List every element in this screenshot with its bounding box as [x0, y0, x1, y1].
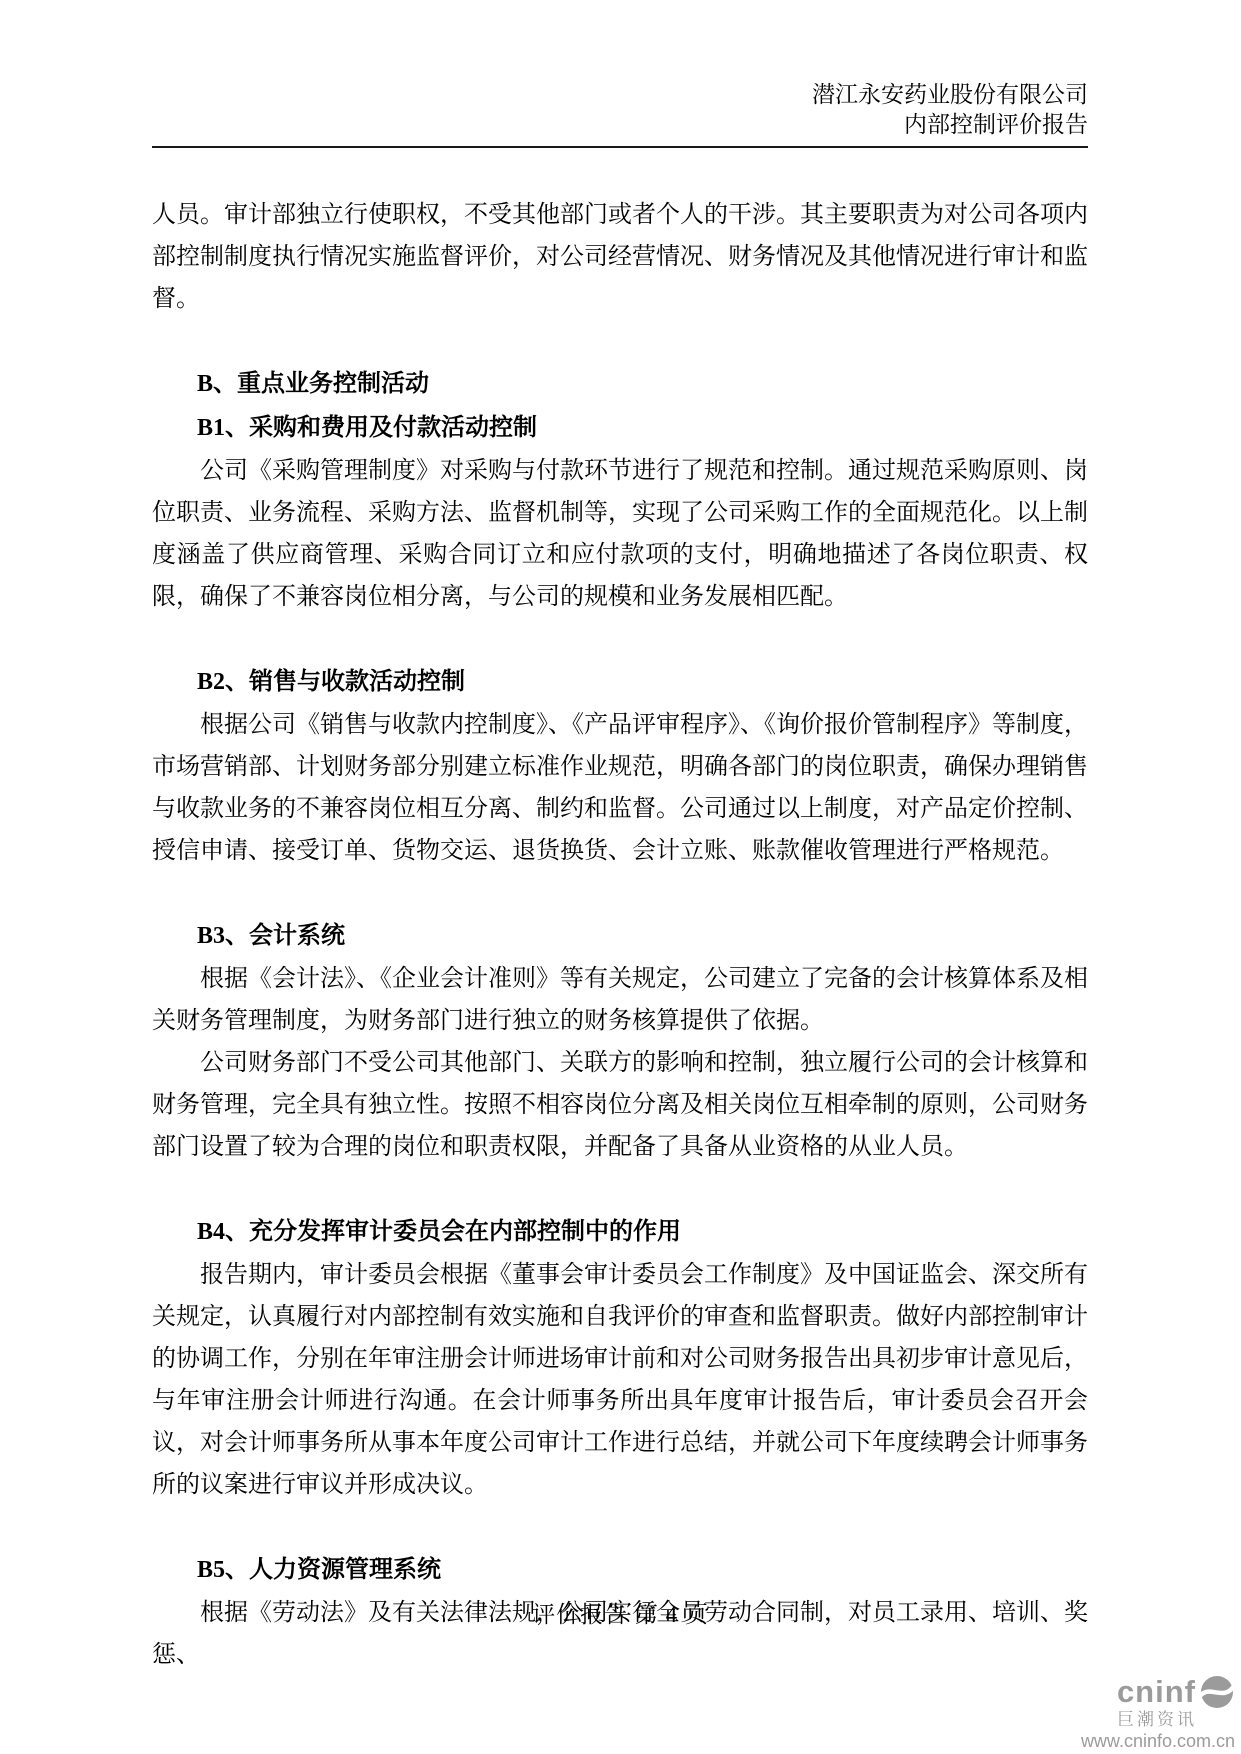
- cninfo-brand-text: cninf: [1117, 1675, 1196, 1709]
- heading-b: B、重点业务控制活动: [152, 362, 1088, 406]
- paragraph-continuation: 人员。审计部独立行使职权，不受其他部门或者个人的干涉。其主要职责为对公司各项内部…: [152, 194, 1088, 320]
- header-company-name: 潜江永安药业股份有限公司: [152, 80, 1088, 110]
- cninfo-url: www.cninfo.com.cn: [1081, 1732, 1235, 1752]
- paragraph-b4: 报告期内，审计委员会根据《董事会审计委员会工作制度》及中国证监会、深交所有关规定…: [152, 1254, 1088, 1506]
- heading-b5: B5、人力资源管理系统: [152, 1548, 1088, 1592]
- paragraph-b1: 公司《采购管理制度》对采购与付款环节进行了规范和控制。通过规范采购原则、岗位职责…: [152, 450, 1088, 618]
- document-body: 人员。审计部独立行使职权，不受其他部门或者个人的干涉。其主要职责为对公司各项内部…: [152, 194, 1088, 1676]
- paragraph-b3-2: 公司财务部门不受公司其他部门、关联方的影响和控制，独立履行公司的会计核算和财务管…: [152, 1042, 1088, 1168]
- cninfo-swirl-icon: [1199, 1674, 1235, 1710]
- header-report-title: 内部控制评价报告: [152, 110, 1088, 140]
- cninfo-logo-row: cninf: [1081, 1674, 1235, 1710]
- heading-b1: B1、采购和费用及付款活动控制: [152, 406, 1088, 450]
- paragraph-b3-1: 根据《会计法》、《企业会计准则》等有关规定，公司建立了完备的会计核算体系及相关财…: [152, 958, 1088, 1042]
- page-header: 潜江永安药业股份有限公司 内部控制评价报告: [152, 80, 1088, 140]
- header-divider: [152, 146, 1088, 148]
- paragraph-b2: 根据公司《销售与收款内控制度》、《产品评审程序》、《询价报价管制程序》等制度，市…: [152, 704, 1088, 872]
- document-page: 潜江永安药业股份有限公司 内部控制评价报告 人员。审计部独立行使职权，不受其他部…: [0, 0, 1241, 1754]
- footer-page-label: 评价报告 第 4 页: [0, 1596, 1241, 1629]
- cninfo-cn-name: 巨潮资讯: [1081, 1711, 1197, 1730]
- page-content: 潜江永安药业股份有限公司 内部控制评价报告 人员。审计部独立行使职权，不受其他部…: [152, 80, 1088, 1676]
- cninfo-logo: cninf 巨潮资讯 www.cninfo.com.cn: [1081, 1674, 1235, 1751]
- heading-b3: B3、会计系统: [152, 914, 1088, 958]
- heading-b2: B2、销售与收款活动控制: [152, 660, 1088, 704]
- heading-b4: B4、充分发挥审计委员会在内部控制中的作用: [152, 1210, 1088, 1254]
